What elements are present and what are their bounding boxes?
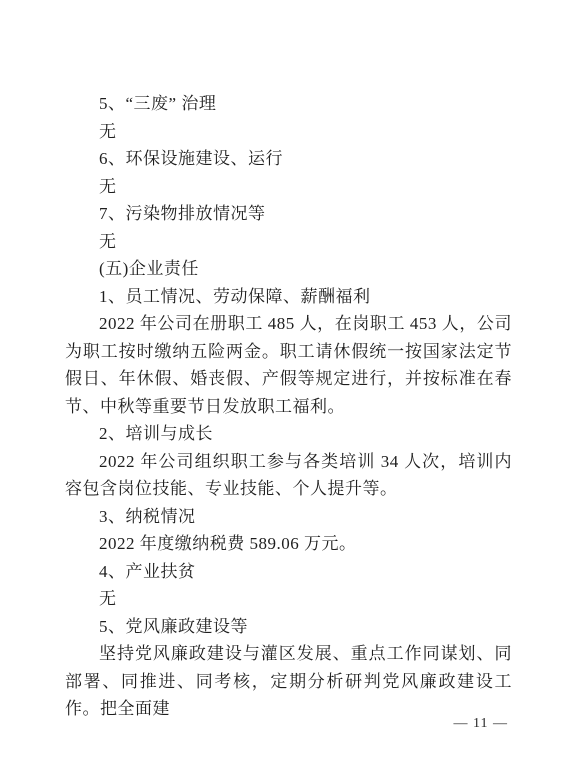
paragraph: 2022 年度缴纳税费 589.06 万元。: [65, 530, 512, 558]
document-body: 5、“三废” 治理无6、环保设施建设、运行无7、污染物排放情况等无(五)企业责任…: [65, 90, 512, 723]
paragraph: 4、产业扶贫: [65, 558, 512, 586]
paragraph: 2、培训与成长: [65, 420, 512, 448]
paragraph: 7、污染物排放情况等: [65, 200, 512, 228]
paragraph: 2022 年公司在册职工 485 人，在岗职工 453 人，公司为职工按时缴纳五…: [65, 310, 512, 420]
paragraph: 无: [65, 118, 512, 146]
page-number: — 11 —: [454, 716, 508, 732]
paragraph: 无: [65, 173, 512, 201]
document-page: 5、“三废” 治理无6、环保设施建设、运行无7、污染物排放情况等无(五)企业责任…: [0, 0, 568, 780]
paragraph: 5、“三废” 治理: [65, 90, 512, 118]
paragraph: 3、纳税情况: [65, 503, 512, 531]
paragraph: 坚持党风廉政建设与灌区发展、重点工作同谋划、同部署、同推进、同考核，定期分析研判…: [65, 640, 512, 723]
paragraph: 无: [65, 585, 512, 613]
paragraph: 无: [65, 228, 512, 256]
paragraph: (五)企业责任: [65, 255, 512, 283]
paragraph: 6、环保设施建设、运行: [65, 145, 512, 173]
paragraph: 5、党风廉政建设等: [65, 613, 512, 641]
paragraph: 1、员工情况、劳动保障、薪酬福利: [65, 283, 512, 311]
paragraph: 2022 年公司组织职工参与各类培训 34 人次，培训内容包含岗位技能、专业技能…: [65, 448, 512, 503]
